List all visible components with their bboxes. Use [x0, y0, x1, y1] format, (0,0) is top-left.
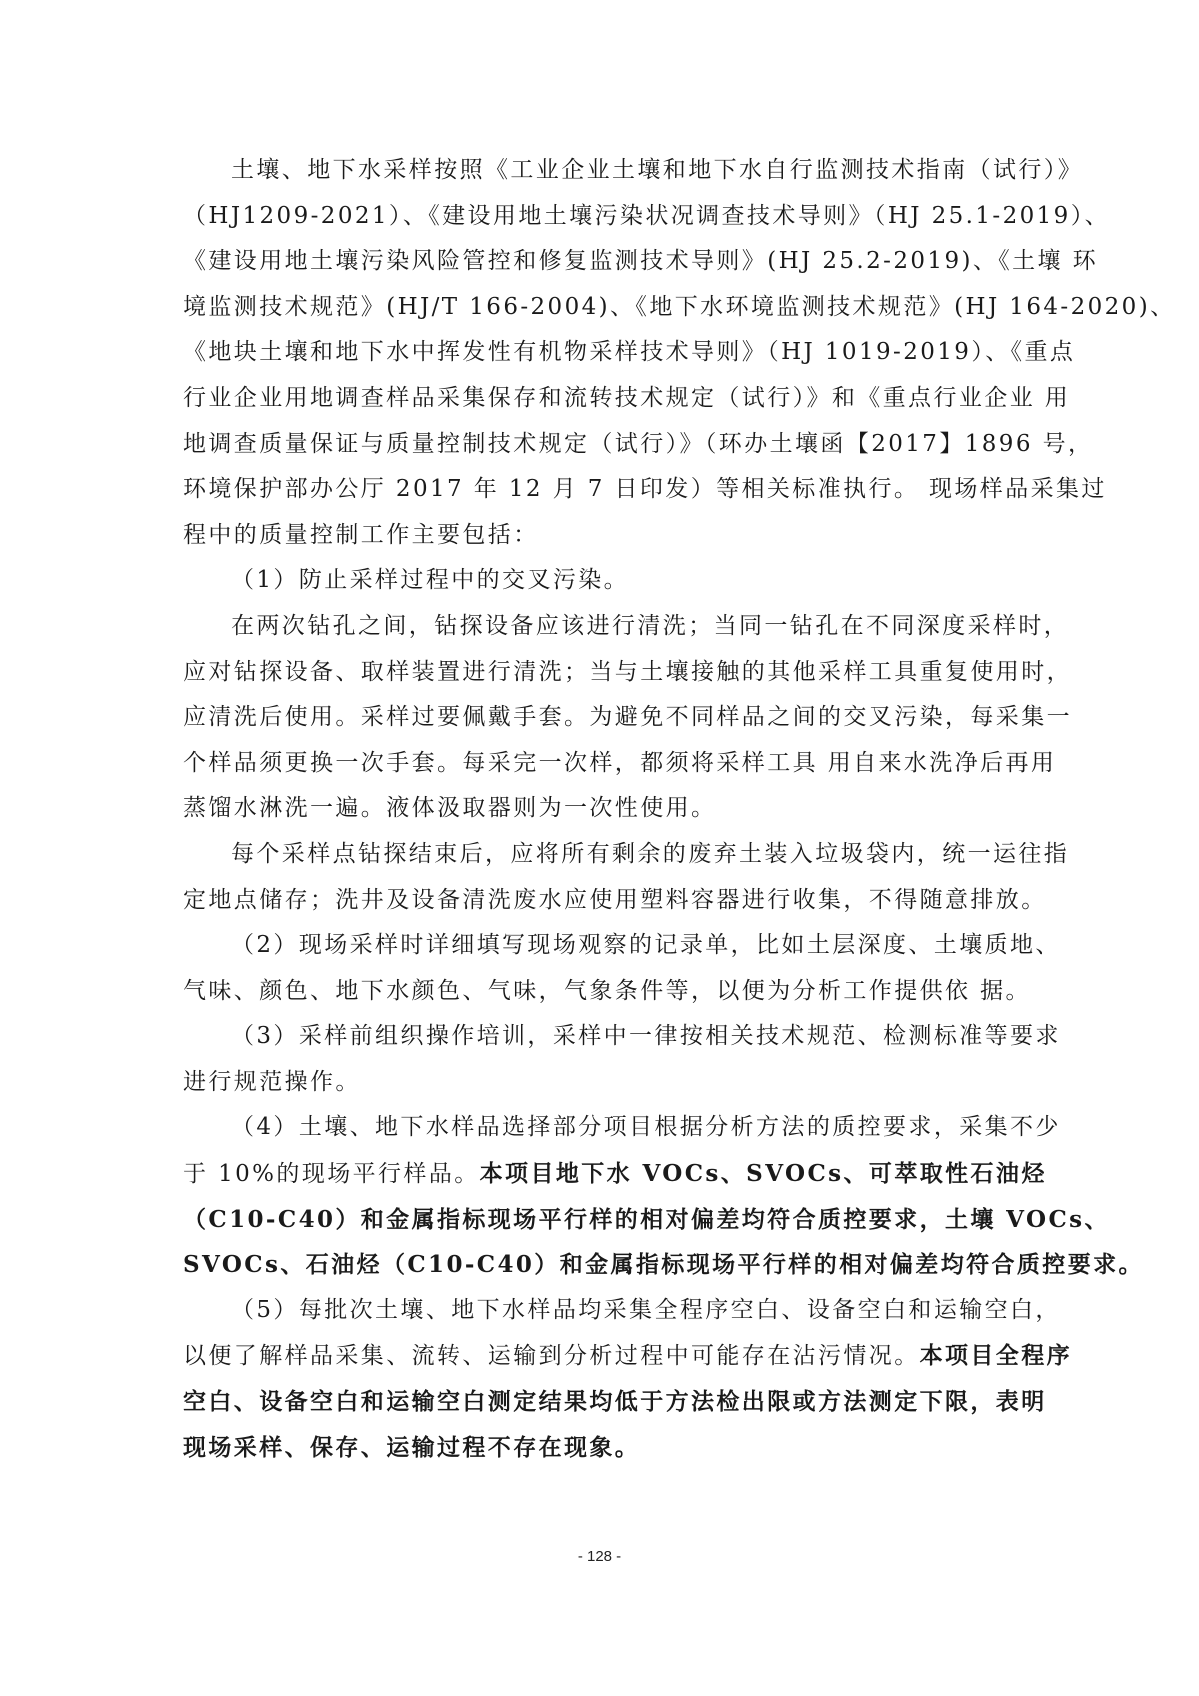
text-line: 进行规范操作。: [183, 1060, 1015, 1106]
text-span: 于 10%的现场平行样品。: [183, 1161, 480, 1187]
text-line: 环境保护部办公厅 2017 年 12 月 7 日印发）等相关标准执行。 现场样品…: [183, 467, 1015, 513]
text-line: 境监测技术规范》(HJ/T 166-2004)、《地下水环境监测技术规范》(HJ…: [183, 285, 1015, 331]
list-item-text: （4）土壤、地下水样品选择部分项目根据分析方法的质控要求，采集不少: [183, 1105, 1015, 1151]
page-number: - 128 -: [0, 1548, 1199, 1565]
text-line: 个样品须更换一次手套。每采完一次样，都须将采样工具 用自来水洗净后再用: [183, 741, 1015, 787]
bold-text-line: 现场采样、保存、运输过程不存在现象。: [183, 1425, 1015, 1471]
text-line: 《地块土壤和地下水中挥发性有机物采样技术导则》（HJ 1019-2019）、《重…: [183, 330, 1015, 376]
list-item-text: （3）采样前组织操作培训，采样中一律按相关技术规范、检测标准等要求: [183, 1014, 1015, 1060]
text-line: 每个采样点钻探结束后，应将所有剩余的废弃土装入垃圾袋内，统一运往指: [183, 832, 1015, 878]
text-line: 气味、颜色、地下水颜色、气味，气象条件等，以便为分析工作提供依 据。: [183, 969, 1015, 1015]
bold-text-span: 本项目全程序: [920, 1342, 1072, 1369]
bold-text-line: SVOCs、石油烃（C10-C40）和金属指标现场平行样的相对偏差均符合质控要求…: [183, 1242, 1015, 1288]
text-line: 在两次钻孔之间，钻探设备应该进行清洗；当同一钻孔在不同深度采样时，: [183, 604, 1015, 650]
text-line: 蒸馏水淋洗一遍。液体汲取器则为一次性使用。: [183, 786, 1015, 832]
bold-text-line: （C10-C40）和金属指标现场平行样的相对偏差均符合质控要求，土壤 VOCs、: [183, 1197, 1015, 1243]
bold-text-span: 本项目地下水 VOCs、SVOCs、可萃取性石油烃: [480, 1160, 1047, 1187]
bold-text-line: 空白、设备空白和运输空白测定结果均低于方法检出限或方法测定下限，表明: [183, 1379, 1015, 1425]
text-line: 定地点储存；洗井及设备清洗废水应使用塑料容器进行收集，不得随意排放。: [183, 878, 1015, 924]
text-span: 以便了解样品采集、流转、运输到分析过程中可能存在沾污情况。: [183, 1343, 920, 1369]
mixed-line: 于 10%的现场平行样品。本项目地下水 VOCs、SVOCs、可萃取性石油烃: [183, 1151, 1015, 1197]
text-line: 程中的质量控制工作主要包括：: [183, 513, 1015, 559]
text-line: 应清洗后使用。采样过要佩戴手套。为避免不同样品之间的交叉污染，每采集一: [183, 695, 1015, 741]
body-text: 土壤、地下水采样按照《工业企业土壤和地下水自行监测技术指南（试行）》 （HJ12…: [183, 148, 1015, 1470]
list-item-text: （2）现场采样时详细填写现场观察的记录单，比如土层深度、土壤质地、: [183, 923, 1015, 969]
text-line: 地调查质量保证与质量控制技术规定（试行）》（环办土壤函【2017】1896 号，: [183, 422, 1015, 468]
mixed-line: 以便了解样品采集、流转、运输到分析过程中可能存在沾污情况。本项目全程序: [183, 1333, 1015, 1379]
list-item-heading: （1）防止采样过程中的交叉污染。: [183, 558, 1015, 604]
text-line: 土壤、地下水采样按照《工业企业土壤和地下水自行监测技术指南（试行）》: [183, 148, 1015, 194]
text-line: 应对钻探设备、取样装置进行清洗；当与土壤接触的其他采样工具重复使用时，: [183, 650, 1015, 696]
text-line: （HJ1209-2021）、《建设用地土壤污染状况调查技术导则》（HJ 25.1…: [183, 194, 1015, 240]
document-page: 土壤、地下水采样按照《工业企业土壤和地下水自行监测技术指南（试行）》 （HJ12…: [0, 0, 1199, 1696]
text-line: 行业企业用地调查样品采集保存和流转技术规定（试行）》和《重点行业企业 用: [183, 376, 1015, 422]
list-item-text: （5）每批次土壤、地下水样品均采集全程序空白、设备空白和运输空白，: [183, 1288, 1015, 1334]
text-line: 《建设用地土壤污染风险管控和修复监测技术导则》(HJ 25.2-2019)、《土…: [183, 239, 1015, 285]
